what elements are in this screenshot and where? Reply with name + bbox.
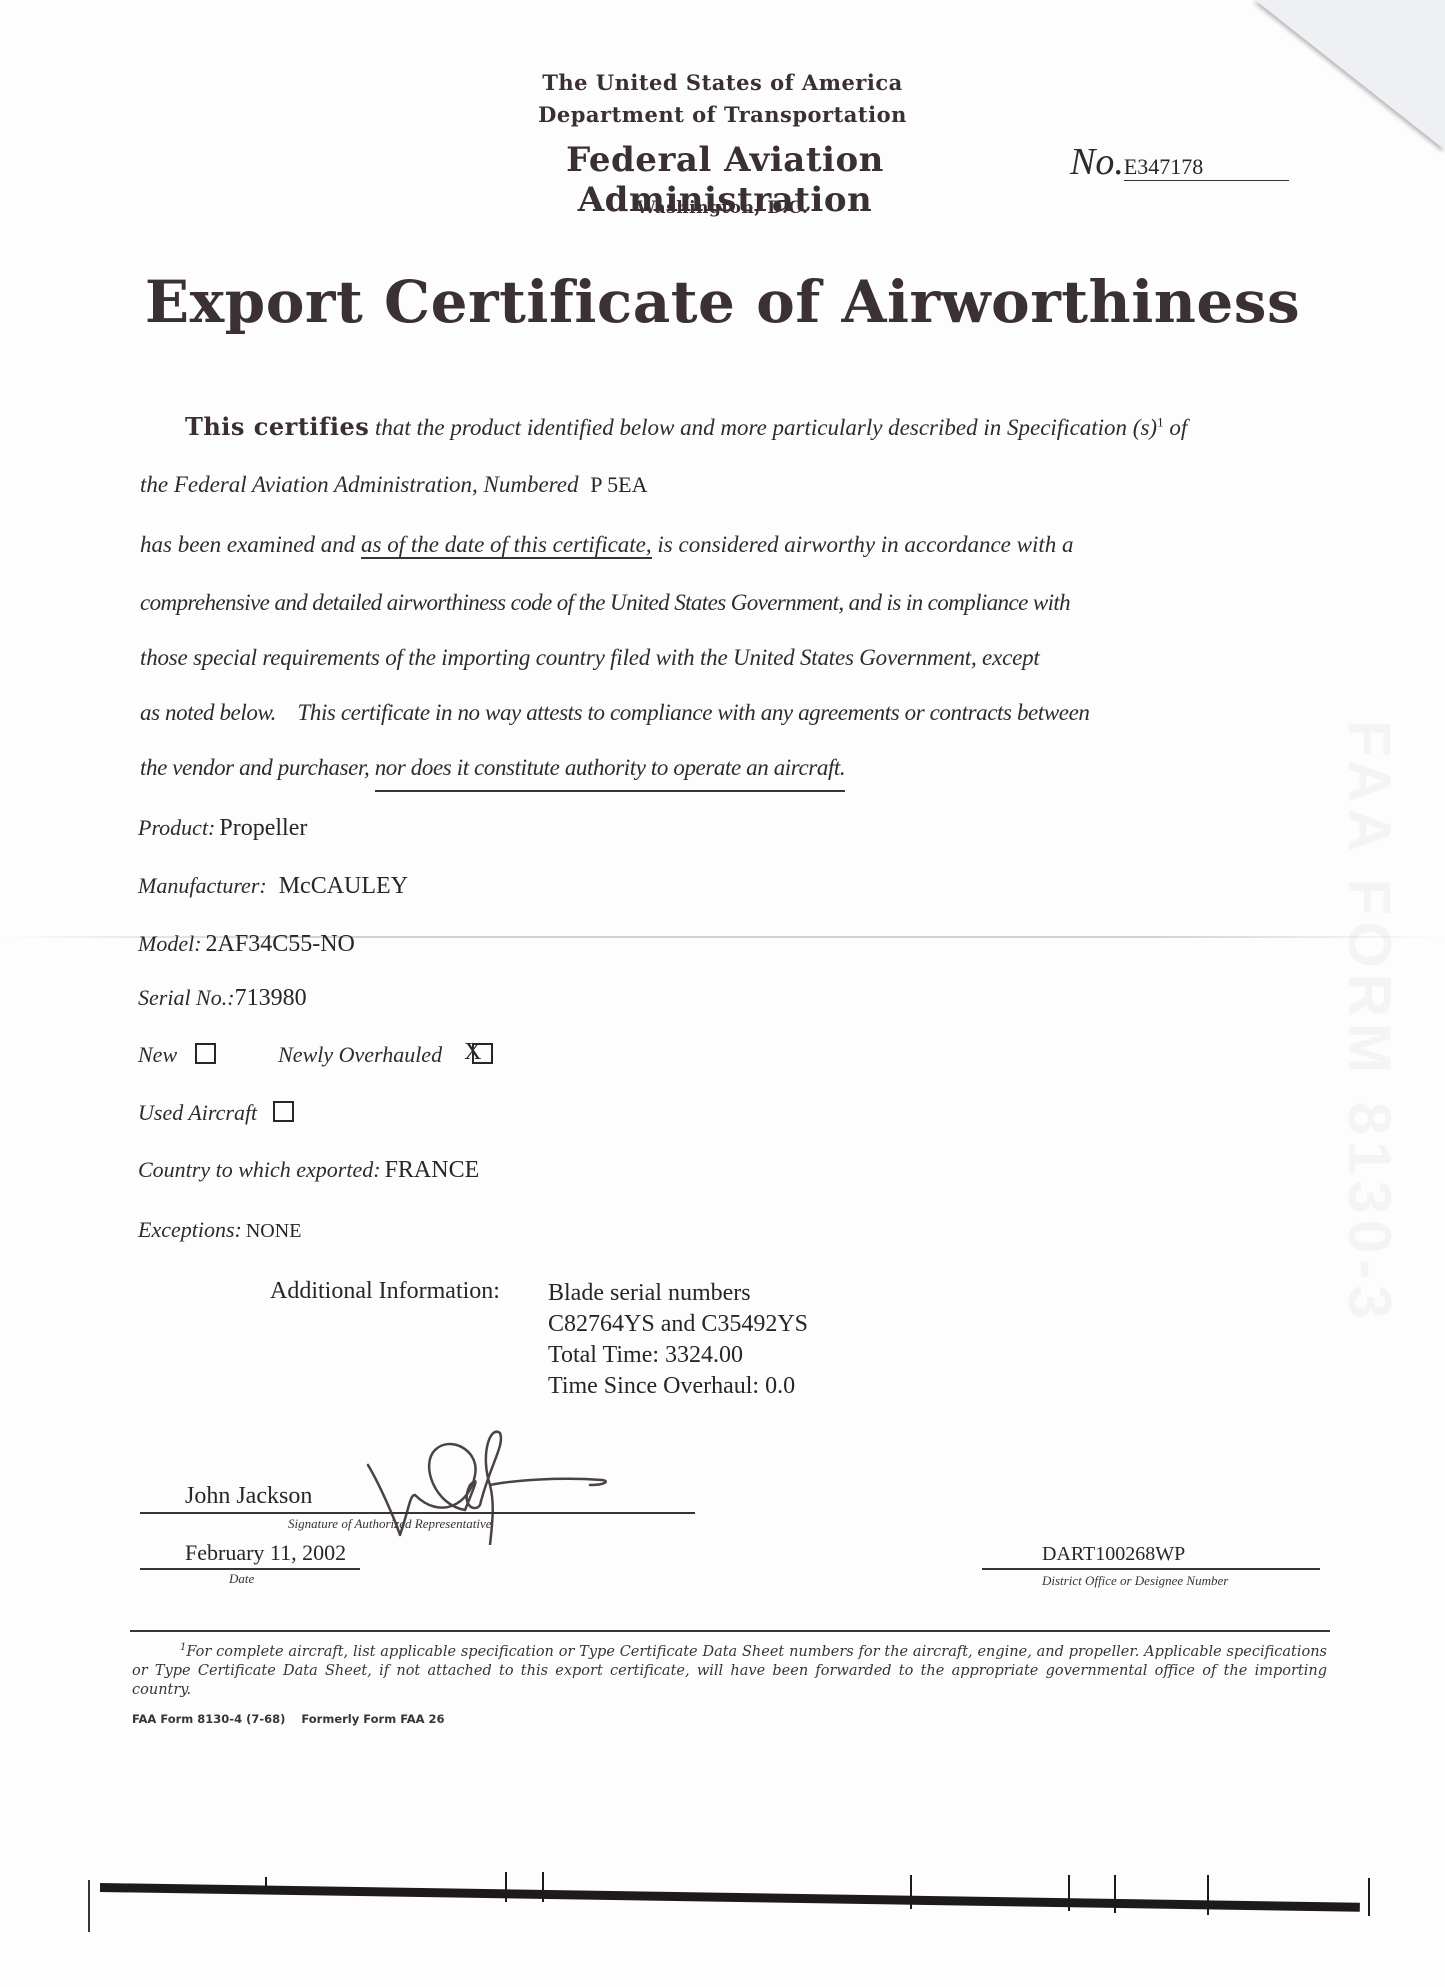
show-through-text: FAA FORM 8130-3 bbox=[1335, 720, 1404, 1325]
field-label: Exceptions: bbox=[138, 1217, 242, 1242]
cert-line-5: those special requirements of the import… bbox=[140, 645, 1040, 671]
field-used: Used Aircraft bbox=[138, 1100, 294, 1126]
field-value: McCAULEY bbox=[279, 873, 408, 899]
field-label: Country to which exported: bbox=[138, 1157, 381, 1182]
bar-tick bbox=[1368, 1878, 1370, 1916]
additional-info-line: C82764YS and C35492YS bbox=[548, 1309, 808, 1340]
signer-name: John Jackson bbox=[185, 1483, 312, 1510]
spec-number: P 5EA bbox=[590, 472, 647, 497]
form-number: FAA Form 8130-4 (7-68) Formerly Form FAA… bbox=[132, 1712, 445, 1726]
field-label: Manufacturer: bbox=[138, 873, 267, 898]
document-title: Export Certificate of Airworthiness bbox=[0, 268, 1445, 336]
bottom-border-bar bbox=[100, 1883, 1360, 1912]
office-number: DART100268WP bbox=[1042, 1543, 1185, 1566]
cert-line-1: This certifies that the product identifi… bbox=[185, 412, 1335, 441]
field-label: Serial No.: bbox=[138, 985, 235, 1010]
field-value: 2AF34C55-NO bbox=[206, 931, 355, 957]
cert-text: has been examined and bbox=[140, 532, 355, 557]
field-manufacturer: Manufacturer: McCAULEY bbox=[138, 873, 408, 900]
field-label: Model: bbox=[138, 931, 202, 956]
header-country: The United States of America bbox=[0, 70, 1445, 95]
number-label: No. bbox=[1070, 141, 1124, 183]
checkbox-label-overhauled: Newly Overhauled bbox=[278, 1042, 442, 1067]
underlined-text: as of the date of this certificate, bbox=[361, 532, 652, 559]
number-value: E347178 bbox=[1124, 154, 1289, 181]
condition-checkboxes: New Newly Overhauled X bbox=[138, 1042, 493, 1068]
bar-tick bbox=[910, 1875, 912, 1909]
bar-tick bbox=[265, 1877, 267, 1889]
cert-text: the Federal Aviation Administration, Num… bbox=[140, 472, 578, 497]
footnote-divider bbox=[130, 1630, 1330, 1632]
cert-line-4: comprehensive and detailed airworthiness… bbox=[140, 590, 1070, 616]
signature-caption: Signature of Authorized Representative bbox=[288, 1516, 492, 1532]
checkbox-label-new: New bbox=[138, 1042, 177, 1067]
checkbox-used[interactable] bbox=[273, 1101, 294, 1122]
cert-line-6: as noted below. This certificate in no w… bbox=[140, 700, 1090, 726]
field-country: Country to which exported: FRANCE bbox=[138, 1157, 479, 1184]
header-department: Department of Transportation bbox=[0, 102, 1445, 127]
signature-date: February 11, 2002 bbox=[185, 1540, 346, 1566]
field-value: Propeller bbox=[219, 815, 307, 841]
date-line bbox=[140, 1568, 360, 1570]
date-caption: Date bbox=[229, 1571, 254, 1587]
field-label: Product: bbox=[138, 815, 215, 840]
check-x-mark: X bbox=[464, 1039, 481, 1066]
additional-info-line: Blade serial numbers bbox=[548, 1278, 808, 1309]
additional-info-lines: Blade serial numbers C82764YS and C35492… bbox=[548, 1278, 808, 1402]
checkbox-label-used: Used Aircraft bbox=[138, 1100, 257, 1125]
left-edge-mark bbox=[88, 1880, 90, 1932]
bar-tick bbox=[1068, 1875, 1070, 1911]
footnote-body: For complete aircraft, list applicable s… bbox=[132, 1644, 1327, 1698]
additional-info-label: Additional Information: bbox=[270, 1278, 500, 1305]
cert-line-3: has been examined and as of the date of … bbox=[140, 532, 1340, 558]
additional-info-line: Total Time: 3324.00 bbox=[548, 1340, 808, 1371]
bar-tick bbox=[505, 1872, 507, 1902]
checkbox-new[interactable] bbox=[195, 1043, 216, 1064]
signature-line bbox=[140, 1512, 695, 1514]
form-formerly: Formerly Form FAA 26 bbox=[301, 1712, 444, 1726]
certificate-page: FAA FORM 8130-3 The United States of Ame… bbox=[0, 0, 1445, 1987]
field-model: Model: 2AF34C55-NO bbox=[138, 931, 355, 958]
office-number-line bbox=[982, 1568, 1320, 1570]
bar-tick bbox=[1114, 1875, 1116, 1913]
field-exceptions: Exceptions: NONE bbox=[138, 1217, 301, 1243]
additional-info-line: Time Since Overhaul: 0.0 bbox=[548, 1371, 808, 1402]
header-location: Washington, D.C. bbox=[0, 198, 1445, 218]
form-id: FAA Form 8130-4 (7-68) bbox=[132, 1712, 285, 1726]
cert-text: as noted below. bbox=[140, 700, 276, 725]
field-value: 713980 bbox=[235, 985, 307, 1011]
cert-text: of bbox=[1169, 415, 1187, 440]
footnote-text: 1For complete aircraft, list applicable … bbox=[132, 1638, 1327, 1700]
cert-line-7: the vendor and purchaser, nor does it co… bbox=[140, 755, 845, 781]
bar-tick bbox=[542, 1872, 544, 1902]
cert-text: that the product identified below and mo… bbox=[375, 415, 1157, 440]
footnote-ref: 1 bbox=[1157, 414, 1164, 429]
checkbox-overhauled[interactable]: X bbox=[472, 1043, 493, 1064]
cert-text: the vendor and purchaser, bbox=[140, 755, 369, 780]
field-value: FRANCE bbox=[385, 1157, 480, 1183]
cert-line-2: the Federal Aviation Administration, Num… bbox=[140, 472, 647, 498]
cert-lead: This certifies bbox=[185, 412, 369, 441]
underlined-text: nor does it constitute authority to oper… bbox=[375, 755, 846, 792]
cert-text: This certificate in no way attests to co… bbox=[297, 700, 1089, 725]
field-product: Product: Propeller bbox=[138, 815, 307, 842]
cert-text: is considered airworthy in accordance wi… bbox=[657, 532, 1073, 557]
certificate-number: No.E347178 bbox=[1070, 140, 1330, 184]
field-value: NONE bbox=[246, 1220, 302, 1242]
office-number-caption: District Office or Designee Number bbox=[1042, 1573, 1228, 1589]
bar-tick bbox=[1207, 1875, 1209, 1915]
field-serial: Serial No.:713980 bbox=[138, 985, 307, 1012]
